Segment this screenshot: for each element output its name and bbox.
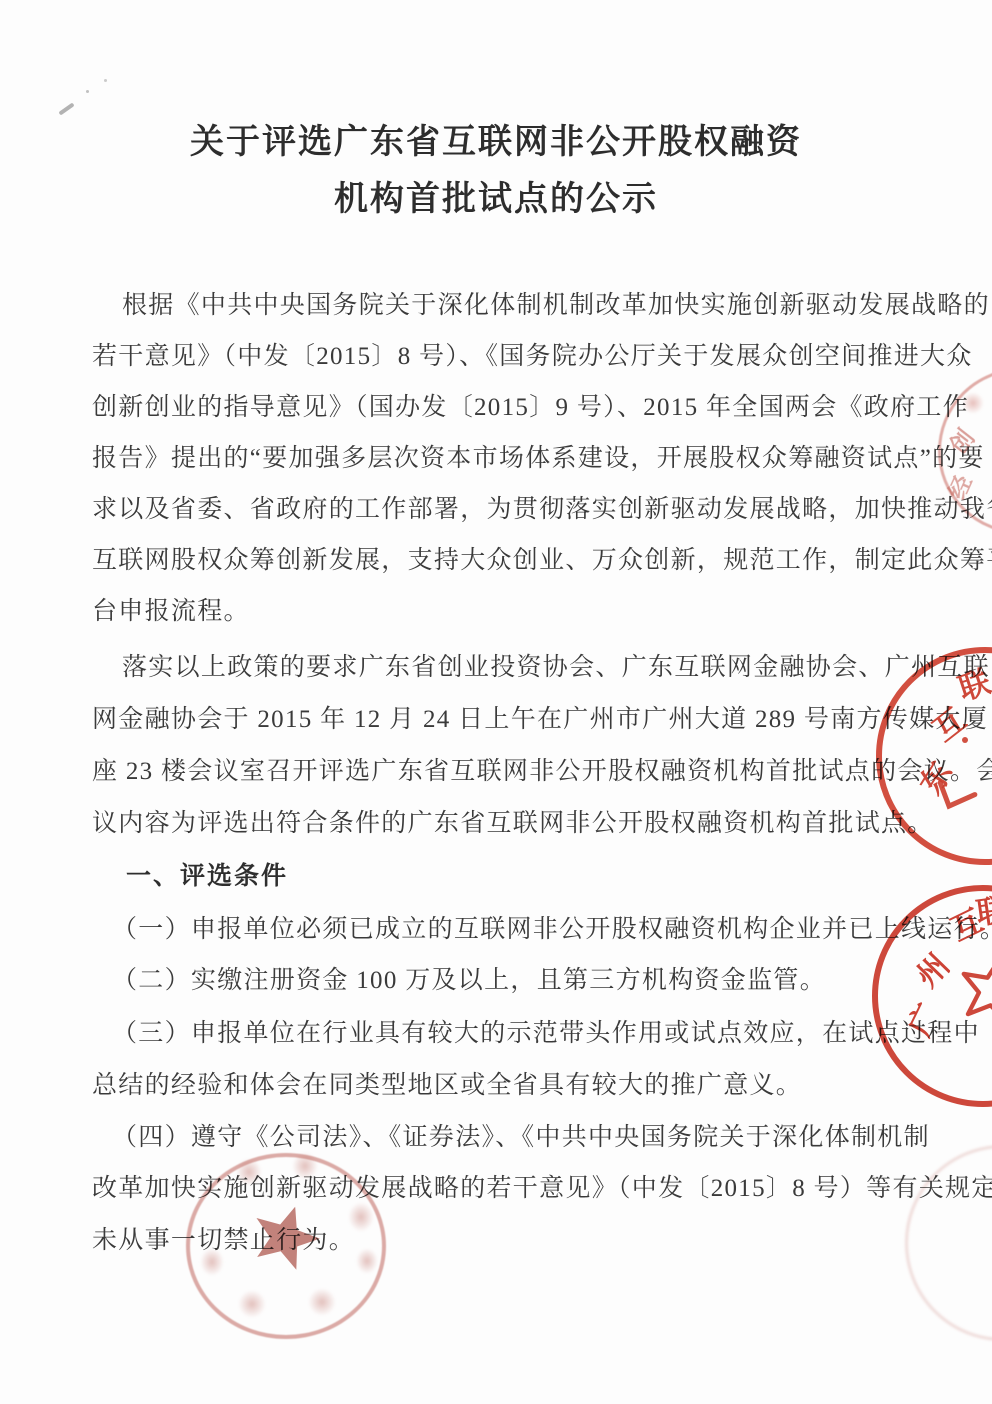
body-line: 议内容为评选出符合条件的广东省互联网非公开股权融资机构首批试点。 [92, 808, 932, 840]
body-line: 创新创业的指导意见》（国办发〔2015〕9 号）、2015 年全国两会《政府工作 [92, 392, 932, 424]
body-line: 座 23 楼会议室召开评选广东省互联网非公开股权融资机构首批试点的会议。会 [92, 756, 932, 788]
scan-speck [86, 90, 89, 93]
body-line: 若干意见》（中发〔2015〕8 号）、《国务院办公厅关于发展众创空间推进大众 [92, 341, 932, 373]
seal-stroke [932, 779, 980, 820]
scanned-document-page: 关于评选广东省互联网非公开股权融资 机构首批试点的公示 根据《中共中央国务院关于… [0, 0, 992, 1404]
seal-dot [962, 737, 968, 743]
item-line: 未从事一切禁止行为。 [92, 1225, 932, 1257]
body-line: 报告》提出的“要加强多层次资本市场体系建设，开展股权众筹融资试点”的要 [92, 443, 932, 475]
document-title-line-1: 关于评选广东省互联网非公开股权融资 [0, 120, 992, 164]
body-line: 网金融协会于 2015 年 12 月 24 日上午在广州市广州大道 289 号南… [92, 704, 932, 736]
scan-speck [104, 79, 107, 82]
scan-speck [58, 102, 74, 115]
body-line: 求以及省委、省政府的工作部署，为贯彻落实创新驱动发展战略，加快推动我省 [92, 494, 932, 526]
item-line: （四）遵守《公司法》、《证券法》、《中共中央国务院关于深化体制机制 [92, 1122, 952, 1154]
body-line: 落实以上政策的要求广东省创业投资协会、广东互联网金融协会、广州互联 [92, 652, 962, 684]
body-line: 互联网股权众筹创新发展，支持大众创业、万众创新，规范工作，制定此众筹平 [92, 545, 932, 577]
item-line: 改革加快实施创新驱动发展战略的若干意见》（中发〔2015〕8 号）等有关规定， [92, 1173, 932, 1205]
seal-faded-character [238, 1290, 266, 1318]
body-line: 台申报流程。 [92, 596, 932, 628]
item-line: （二）实缴注册资金 100 万及以上，且第三方机构资金监管。 [92, 965, 952, 997]
document-title-line-2: 机构首批试点的公示 [0, 177, 992, 221]
item-line: （一）申报单位必须已成立的互联网非公开股权融资机构企业并已上线运行。 [92, 914, 952, 946]
item-line: 总结的经验和体会在同类型地区或全省具有较大的推广意义。 [92, 1070, 932, 1102]
item-line: （三）申报单位在行业具有较大的示范带头作用或试点效应，在试点过程中 [92, 1018, 952, 1050]
body-line: 根据《中共中央国务院关于深化体制机制改革加快实施创新驱动发展战略的 [92, 290, 962, 322]
section-heading: 一、评选条件 [92, 860, 966, 892]
seal-faded-character [308, 1288, 336, 1316]
